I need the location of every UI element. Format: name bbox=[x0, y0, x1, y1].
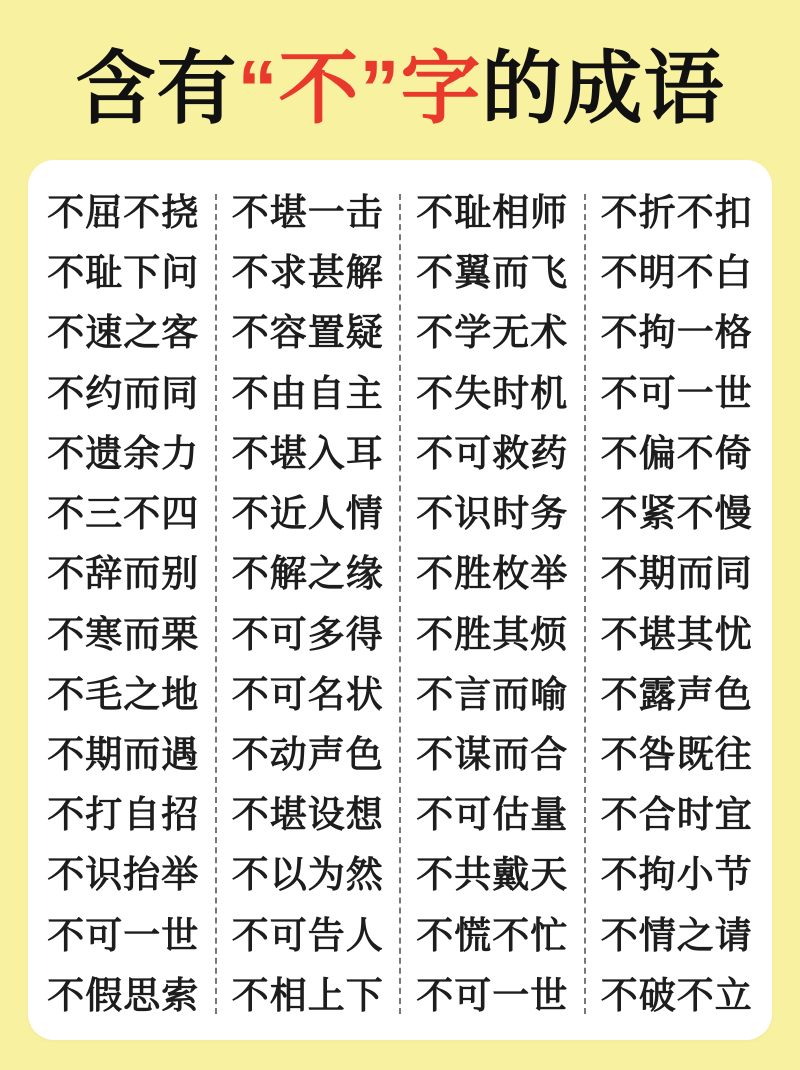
idiom-cell: 不失时机 bbox=[416, 375, 568, 412]
idiom-cell: 不相上下 bbox=[232, 977, 384, 1014]
idiom-cell: 不翼而飞 bbox=[416, 254, 568, 291]
idiom-cell: 不偏不倚 bbox=[601, 435, 753, 472]
idiom-cell: 不屈不挠 bbox=[47, 194, 199, 231]
idiom-cell: 不可告人 bbox=[232, 917, 384, 954]
idiom-cell: 不咎既往 bbox=[601, 736, 753, 773]
idiom-cell: 不共戴天 bbox=[416, 856, 568, 893]
idiom-cell: 不解之缘 bbox=[232, 555, 384, 592]
idiom-cell: 不可一世 bbox=[416, 977, 568, 1014]
idiom-cell: 不寒而栗 bbox=[47, 616, 199, 653]
idiom-cell: 不堪入耳 bbox=[232, 435, 384, 472]
idiom-cell: 不速之客 bbox=[47, 314, 199, 351]
idiom-column-3: 不耻相师不翼而飞不学无术不失时机不可救药不识时务不胜枚举不胜其烦不言而喻不谋而合… bbox=[401, 194, 586, 1014]
idiom-cell: 不耻相师 bbox=[416, 194, 568, 231]
idiom-cell: 不由自主 bbox=[232, 375, 384, 412]
idiom-cell: 不遗余力 bbox=[47, 435, 199, 472]
idiom-cell: 不辞而别 bbox=[47, 555, 199, 592]
idiom-cell: 不折不扣 bbox=[601, 194, 753, 231]
idiom-cell: 不耻下问 bbox=[47, 254, 199, 291]
idiom-cell: 不胜其烦 bbox=[416, 616, 568, 653]
idiom-cell: 不以为然 bbox=[232, 856, 384, 893]
idiom-card: 不屈不挠不耻下问不速之客不约而同不遗余力不三不四不辞而别不寒而栗不毛之地不期而遇… bbox=[28, 160, 772, 1040]
idiom-cell: 不近人情 bbox=[232, 495, 384, 532]
idiom-cell: 不识抬举 bbox=[47, 856, 199, 893]
idiom-cell: 不谋而合 bbox=[416, 736, 568, 773]
idiom-cell: 不露声色 bbox=[601, 676, 753, 713]
idiom-cell: 不情之请 bbox=[601, 917, 753, 954]
idiom-column-4: 不折不扣不明不白不拘一格不可一世不偏不倚不紧不慢不期而同不堪其忧不露声色不咎既往… bbox=[586, 194, 769, 1014]
idiom-cell: 不三不四 bbox=[47, 495, 199, 532]
title-prefix: 含有 bbox=[76, 24, 238, 139]
idiom-cell: 不约而同 bbox=[47, 375, 199, 412]
page-title: 含有“不”字的成语 bbox=[0, 22, 800, 140]
idiom-cell: 不假思索 bbox=[47, 977, 199, 1014]
idiom-cell: 不求甚解 bbox=[232, 254, 384, 291]
idiom-cell: 不可多得 bbox=[232, 616, 384, 653]
title-suffix: 的成语 bbox=[482, 24, 725, 139]
poster: 含有“不”字的成语 不屈不挠不耻下问不速之客不约而同不遗余力不三不四不辞而别不寒… bbox=[0, 0, 800, 1070]
idiom-cell: 不学无术 bbox=[416, 314, 568, 351]
title-highlight: “不”字 bbox=[238, 24, 482, 139]
idiom-cell: 不拘小节 bbox=[601, 856, 753, 893]
idiom-cell: 不可一世 bbox=[47, 917, 199, 954]
idiom-cell: 不破不立 bbox=[601, 977, 753, 1014]
idiom-cell: 不紧不慢 bbox=[601, 495, 753, 532]
idiom-cell: 不明不白 bbox=[601, 254, 753, 291]
idiom-cell: 不堪其忧 bbox=[601, 616, 753, 653]
idiom-column-2: 不堪一击不求甚解不容置疑不由自主不堪入耳不近人情不解之缘不可多得不可名状不动声色… bbox=[217, 194, 402, 1014]
idiom-cell: 不可名状 bbox=[232, 676, 384, 713]
idiom-cell: 不言而喻 bbox=[416, 676, 568, 713]
idiom-cell: 不打自招 bbox=[47, 796, 199, 833]
idiom-cell: 不识时务 bbox=[416, 495, 568, 532]
idiom-cell: 不慌不忙 bbox=[416, 917, 568, 954]
idiom-cell: 不胜枚举 bbox=[416, 555, 568, 592]
idiom-cell: 不可估量 bbox=[416, 796, 568, 833]
idiom-cell: 不堪设想 bbox=[232, 796, 384, 833]
idiom-cell: 不合时宜 bbox=[601, 796, 753, 833]
idiom-cell: 不可救药 bbox=[416, 435, 568, 472]
idiom-cell: 不期而同 bbox=[601, 555, 753, 592]
idiom-grid: 不屈不挠不耻下问不速之客不约而同不遗余力不三不四不辞而别不寒而栗不毛之地不期而遇… bbox=[28, 160, 772, 1040]
idiom-cell: 不拘一格 bbox=[601, 314, 753, 351]
idiom-cell: 不容置疑 bbox=[232, 314, 384, 351]
idiom-cell: 不毛之地 bbox=[47, 676, 199, 713]
idiom-cell: 不期而遇 bbox=[47, 736, 199, 773]
idiom-column-1: 不屈不挠不耻下问不速之客不约而同不遗余力不三不四不辞而别不寒而栗不毛之地不期而遇… bbox=[32, 194, 217, 1014]
idiom-cell: 不动声色 bbox=[232, 736, 384, 773]
idiom-cell: 不可一世 bbox=[601, 375, 753, 412]
idiom-cell: 不堪一击 bbox=[232, 194, 384, 231]
